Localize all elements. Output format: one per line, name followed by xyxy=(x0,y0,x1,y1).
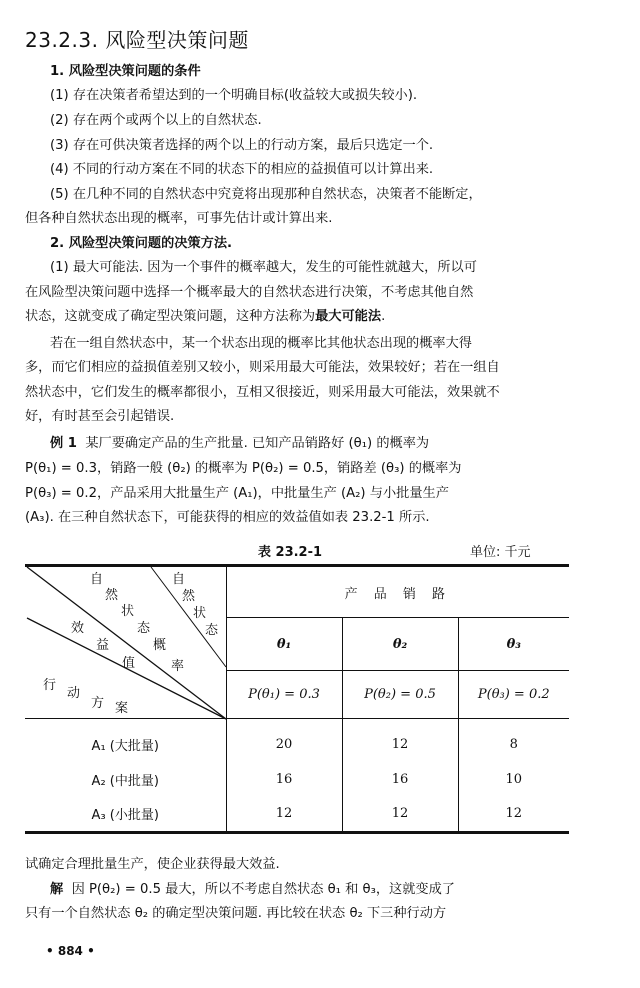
solution-line-1: 解 因 P(θ₂) = 0.5 最大，所以不考虑自然状态 θ₁ 和 θ₃，这就变… xyxy=(50,882,455,898)
condition-item-5-cont: 但各种自然状态出现的概率，可事先估计或计算出来. xyxy=(25,211,333,227)
corner-gailv-1: 概 xyxy=(153,634,166,653)
condition-item-4: (4) 不同的行动方案在不同的状态下的相应的益损值可以计算出来. xyxy=(50,162,433,178)
method-p2-line-1: 若在一组自然状态中，某一个状态出现的概率比其他状态出现的概率大得 xyxy=(50,336,472,352)
table-row: A₂ (中批量) 16 16 10 xyxy=(25,763,569,797)
method-p2-line-3: 然状态中，它们发生的概率都很小，互相又很接近，则采用最大可能法，效果就不 xyxy=(25,385,500,401)
condition-item-5: (5) 在几种不同的自然状态中究竟将出现那种自然状态，决策者不能断定， xyxy=(50,187,482,203)
state-theta-1: θ₁ xyxy=(226,618,342,671)
condition-item-3: (3) 存在可供决策者选择的两个以上的行动方案，最后只选定一个. xyxy=(50,138,433,154)
corner-xiaoyi-3: 值 xyxy=(122,652,135,671)
corner-ziran-4: 态 xyxy=(137,617,150,636)
example-line-1: 例 1 某厂要确定产品的生产批量. 已知产品销路好 (θ₁) 的概率为 xyxy=(50,436,429,452)
state-theta-3: θ₃ xyxy=(458,618,569,671)
cell-a1-theta3: 8 xyxy=(458,727,569,763)
condition-item-1: (1) 存在决策者希望达到的一个明确目标(收益较大或损失较小). xyxy=(50,88,417,104)
question-line: 试确定合理批量生产，使企业获得最大效益. xyxy=(25,857,280,873)
page-number: • 884 • xyxy=(46,944,95,958)
corner-xiaoyi-1: 效 xyxy=(71,617,84,636)
cell-a3-theta2: 12 xyxy=(342,797,458,833)
term-max-likelihood: 最大可能法 xyxy=(315,309,381,324)
method-p1-line-2: 在风险型决策问题中选择一个概率最大的自然状态进行决策，不考虑其他自然 xyxy=(25,285,473,301)
example-label: 例 1 xyxy=(50,436,77,451)
corner-xingdong-2: 动 xyxy=(67,682,80,701)
corner-xiaoyi-2: 益 xyxy=(96,634,109,653)
section-heading: 23.2.3. 风险型决策问题 xyxy=(25,24,249,53)
corner-gailv-2: 率 xyxy=(171,655,184,674)
table-row: A₁ (大批量) 20 12 8 xyxy=(25,727,569,763)
conditions-title: 1. 风险型决策问题的条件 xyxy=(50,64,201,80)
solution-label: 解 xyxy=(50,882,63,897)
prob-theta-2: P(θ₂) = 0.5 xyxy=(342,671,458,719)
cell-a1-theta2: 12 xyxy=(342,727,458,763)
corner-xingdong-1: 行 xyxy=(43,674,56,693)
corner-ziran-2: 然 xyxy=(105,584,118,603)
methods-title: 2. 风险型决策问题的决策方法. xyxy=(50,236,232,252)
solution-line-2: 只有一个自然状态 θ₂ 的确定型决策问题. 再比较在状态 θ₂ 下三种行动方 xyxy=(25,906,446,922)
condition-item-2: (2) 存在两个或两个以上的自然状态. xyxy=(50,113,262,129)
example-line-4: (A₃). 在三种自然状态下，可能获得的相应的效益值如表 23.2-1 所示. xyxy=(25,510,430,526)
method-p1-period: . xyxy=(381,309,385,324)
table-unit: 单位: 千元 xyxy=(470,541,531,560)
cell-a2-theta3: 10 xyxy=(458,763,569,797)
solution-text-1: 因 P(θ₂) = 0.5 最大，所以不考虑自然状态 θ₁ 和 θ₃，这就变成了 xyxy=(72,882,455,897)
document-page: 23.2.3. 风险型决策问题 1. 风险型决策问题的条件 (1) 存在决策者希… xyxy=(0,0,640,988)
method-p2-line-2: 多，而它们相应的益损值差别又较小，则采用最大可能法，效果较好；若在一组自 xyxy=(25,360,500,376)
corner-ziran-1: 自 xyxy=(90,568,103,587)
prob-theta-3: P(θ₃) = 0.2 xyxy=(458,671,569,719)
example-line-3: P(θ₃) = 0.2，产品采用大批量生产 (A₁)，中批量生产 (A₂) 与小… xyxy=(25,486,449,502)
state-theta-2: θ₂ xyxy=(342,618,458,671)
row-label-a3: A₃ (小批量) xyxy=(25,797,226,833)
cell-a2-theta1: 16 xyxy=(226,763,342,797)
cell-a3-theta1: 12 xyxy=(226,797,342,833)
corner-ziran-3: 状 xyxy=(121,600,134,619)
method-p1-line-3: 状态，这就变成了确定型决策问题，这种方法称为最大可能法. xyxy=(25,309,385,325)
method-p2-line-4: 好，有时甚至会引起错误. xyxy=(25,409,174,425)
cell-a2-theta2: 16 xyxy=(342,763,458,797)
row-label-a1: A₁ (大批量) xyxy=(25,727,226,763)
table-row: A₃ (小批量) 12 12 12 xyxy=(25,797,569,833)
table-caption: 表 23.2-1 xyxy=(258,541,322,560)
method-p1-text: 状态，这就变成了确定型决策问题，这种方法称为 xyxy=(25,309,315,324)
cell-a3-theta3: 12 xyxy=(458,797,569,833)
corner-xingdong-3: 方 xyxy=(91,692,104,711)
payoff-table: 产 品 销 路 θ₁ θ₂ θ₃ P(θ₁) = 0.3 P(θ₂) = 0.5… xyxy=(25,564,569,840)
corner-xingdong-4: 案 xyxy=(115,697,128,716)
corner-ziran-r4: 态 xyxy=(205,619,218,638)
example-text-1: 某厂要确定产品的生产批量. 已知产品销路好 (θ₁) 的概率为 xyxy=(85,436,429,451)
cell-a1-theta1: 20 xyxy=(226,727,342,763)
example-line-2: P(θ₁) = 0.3，销路一般 (θ₂) 的概率为 P(θ₂) = 0.5，销… xyxy=(25,461,461,477)
method-p1-line-1: (1) 最大可能法. 因为一个事件的概率越大，发生的可能性就越大，所以可 xyxy=(50,260,477,276)
prob-theta-1: P(θ₁) = 0.3 xyxy=(226,671,342,719)
group-header: 产 品 销 路 xyxy=(226,566,569,618)
row-label-a2: A₂ (中批量) xyxy=(25,763,226,797)
